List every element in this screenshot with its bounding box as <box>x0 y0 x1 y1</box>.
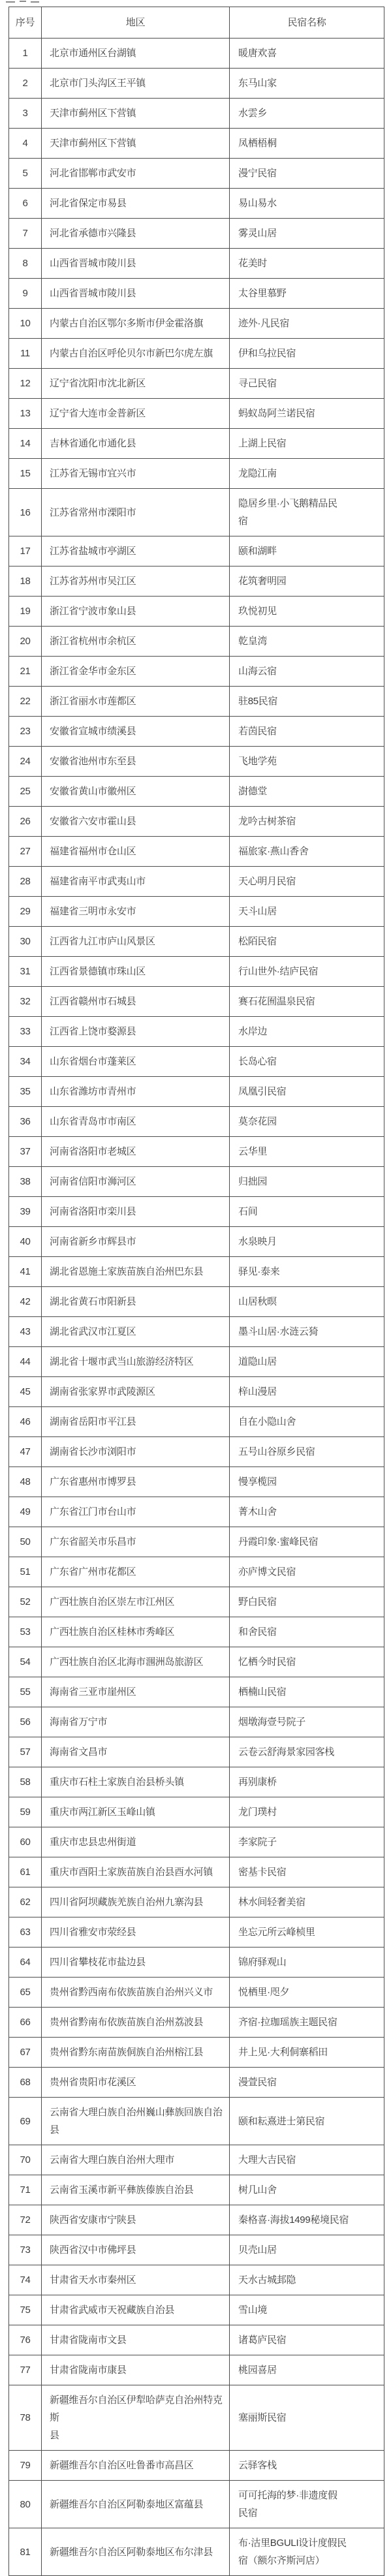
table-row: 34 山东省烟台市蓬莱区 长岛心宿 <box>9 1047 384 1077</box>
cell-homestay-name: 自在小隐山舍 <box>230 1407 384 1437</box>
cell-region: 安徽省六安市霍山县 <box>42 807 230 837</box>
cell-serial-number: 12 <box>9 369 42 399</box>
table-row: 28 福建省南平市武夷山市 天心明月民宿 <box>9 867 384 897</box>
cell-serial-number: 47 <box>9 1437 42 1467</box>
cell-homestay-name: 凤凰引民宿 <box>230 1077 384 1107</box>
cell-homestay-name: 石间 <box>230 1197 384 1227</box>
cell-homestay-name: 蚂蚁岛阿兰诺民宿 <box>230 399 384 429</box>
table-row: 53 广西壮族自治区桂林市秀峰区 和舍民宿 <box>9 1617 384 1647</box>
cell-region: 福建省福州市仓山区 <box>42 837 230 867</box>
cell-serial-number: 55 <box>9 1677 42 1707</box>
table-row: 5 河北省邯郸市武安市 漫宁民宿 <box>9 159 384 189</box>
cell-region: 广东省广州市花都区 <box>42 1557 230 1587</box>
cell-serial-number: 46 <box>9 1407 42 1437</box>
cell-serial-number: 44 <box>9 1347 42 1377</box>
cell-serial-number: 42 <box>9 1287 42 1317</box>
cell-serial-number: 71 <box>9 2175 42 2205</box>
table-row: 33 江西省上饶市婺源县 水岸边 <box>9 1017 384 1047</box>
cell-homestay-name: 烟墩海壹号院子 <box>230 1707 384 1737</box>
cell-serial-number: 48 <box>9 1467 42 1497</box>
cell-region: 湖北省恩施土家族苗族自治州巴东县 <box>42 1257 230 1287</box>
table-row: 71 云南省玉溪市新平彝族傣族自治县 树几山舍 <box>9 2175 384 2205</box>
cell-homestay-name: 道隐山居 <box>230 1347 384 1377</box>
cell-homestay-name: 颐和耘熹进士第民宿 <box>230 2098 384 2145</box>
table-row: 36 山东省青岛市市南区 莫奈花园 <box>9 1107 384 1137</box>
table-row: 57 海南省文昌市 云卷云舒海景家园客栈 <box>9 1737 384 1767</box>
cell-homestay-name: 树几山舍 <box>230 2175 384 2205</box>
cell-serial-number: 1 <box>9 39 42 69</box>
table-row: 32 江西省赣州市石城县 赛石花囿温泉民宿 <box>9 987 384 1017</box>
table-row: 61 重庆市酉阳土家族苗族自治县酉水河镇 密基卡民宿 <box>9 1857 384 1887</box>
cell-homestay-name: 乾皇湾 <box>230 627 384 657</box>
table-row: 54 广西壮族自治区北海市涠洲岛旅游区 忆栖今时民宿 <box>9 1647 384 1677</box>
cell-region: 北京市门头沟区王平镇 <box>42 69 230 99</box>
cell-homestay-name: 和舍民宿 <box>230 1617 384 1647</box>
cell-region: 四川省雅安市荥经县 <box>42 1917 230 1948</box>
cell-region: 江苏省无锡市宜兴市 <box>42 459 230 489</box>
cell-region: 河南省信阳市浉河区 <box>42 1167 230 1197</box>
cell-homestay-name: 太谷里慕野 <box>230 279 384 309</box>
cell-homestay-name: 漫宁民宿 <box>230 159 384 189</box>
cell-serial-number: 63 <box>9 1917 42 1948</box>
cell-homestay-name: 若茵民宿 <box>230 717 384 747</box>
cell-serial-number: 50 <box>9 1527 42 1557</box>
cell-region: 贵州省黔东南苗族侗族自治州榕江县 <box>42 2038 230 2068</box>
table-row: 67 贵州省黔东南苗族侗族自治州榕江县 井上见·大利侗寨稻田 <box>9 2038 384 2068</box>
table-row: 60 重庆市忠县忠州街道 李家院子 <box>9 1827 384 1857</box>
cell-homestay-name: 福旅家·燕山香舍 <box>230 837 384 867</box>
cell-serial-number: 68 <box>9 2068 42 2098</box>
cell-serial-number: 13 <box>9 399 42 429</box>
cell-homestay-name: 李家院子 <box>230 1827 384 1857</box>
cell-homestay-name: 五号山谷原乡民宿 <box>230 1437 384 1467</box>
cell-region: 广东省韶关市乐昌市 <box>42 1527 230 1557</box>
table-row: 49 广东省江门市台山市 菁木山舍 <box>9 1497 384 1527</box>
cell-region: 内蒙古自治区呼伦贝尔市新巴尔虎左旗 <box>42 339 230 369</box>
cell-homestay-name: 玖悦初见 <box>230 597 384 627</box>
cell-homestay-name: 墨斗山居·水涟云猗 <box>230 1317 384 1347</box>
cell-serial-number: 81 <box>9 2528 42 2576</box>
table-row: 73 陕西省汉中市佛坪县 贝壳山居 <box>9 2235 384 2265</box>
cell-serial-number: 70 <box>9 2145 42 2175</box>
cell-homestay-name: 栖楠山民宿 <box>230 1677 384 1707</box>
cell-region: 甘肃省天水市秦州区 <box>42 2265 230 2295</box>
cell-homestay-name: 齐宿·拉珈瑶族主题民宿 <box>230 2008 384 2038</box>
table-row: 10 内蒙古自治区鄂尔多斯市伊金霍洛旗 迹外·凡民宿 <box>9 309 384 339</box>
cell-homestay-name: 长岛心宿 <box>230 1047 384 1077</box>
cell-region: 甘肃省武威市天祝藏族自治县 <box>42 2295 230 2325</box>
cell-homestay-name: 梓山漫居 <box>230 1377 384 1407</box>
cell-region: 河南省洛阳市老城区 <box>42 1137 230 1167</box>
table-row: 11 内蒙古自治区呼伦贝尔市新巴尔虎左旗 伊和乌拉民宿 <box>9 339 384 369</box>
table-row: 17 江苏省盐城市亭湖区 颐和湖畔 <box>9 536 384 566</box>
cell-serial-number: 72 <box>9 2205 42 2235</box>
table-row: 2 北京市门头沟区王平镇 东马山家 <box>9 69 384 99</box>
cell-homestay-name: 龙隐江南 <box>230 459 384 489</box>
cell-serial-number: 78 <box>9 2385 42 2451</box>
cell-region: 重庆市石柱土家族自治县桥头镇 <box>42 1767 230 1797</box>
table-row: 31 江西省景德镇市珠山区 行山世外·结庐民宿 <box>9 957 384 987</box>
cell-homestay-name: 密基卡民宿 <box>230 1857 384 1887</box>
cell-serial-number: 21 <box>9 657 42 687</box>
cell-homestay-name: 莫奈花园 <box>230 1107 384 1137</box>
table-row: 51 广东省广州市花都区 亦庐博文民宿 <box>9 1557 384 1587</box>
cell-homestay-name: 龙门璞村 <box>230 1797 384 1827</box>
cell-region: 安徽省池州市东至县 <box>42 747 230 777</box>
table-row: 64 四川省攀枝花市盐边县 锦府驿观山 <box>9 1948 384 1978</box>
cell-serial-number: 27 <box>9 837 42 867</box>
cell-region: 湖北省十堰市武当山旅游经济特区 <box>42 1347 230 1377</box>
cell-region: 江西省九江市庐山风景区 <box>42 927 230 957</box>
cell-homestay-name: 诸葛庐民宿 <box>230 2325 384 2355</box>
cell-serial-number: 18 <box>9 566 42 597</box>
cell-region: 广东省惠州市博罗县 <box>42 1467 230 1497</box>
cell-region: 湖南省长沙市浏阳市 <box>42 1437 230 1467</box>
cell-homestay-name: 寻己民宿 <box>230 369 384 399</box>
table-row: 20 浙江省杭州市余杭区 乾皇湾 <box>9 627 384 657</box>
cell-serial-number: 40 <box>9 1227 42 1257</box>
cell-region: 浙江省杭州市余杭区 <box>42 627 230 657</box>
table-row: 19 浙江省宁波市象山县 玖悦初见 <box>9 597 384 627</box>
table-row: 16 江苏省常州市溧阳市 隐居乡里·小飞鹅精品民 宿 <box>9 489 384 536</box>
cell-homestay-name: 颐和湖畔 <box>230 536 384 566</box>
cell-serial-number: 6 <box>9 189 42 219</box>
cell-homestay-name: 秦格喜·海拔1499秘境民宿 <box>230 2205 384 2235</box>
cell-region: 新疆维吾尔自治区吐鲁番市高昌区 <box>42 2451 230 2481</box>
cell-serial-number: 19 <box>9 597 42 627</box>
table-row: 77 甘肃省陇南市康县 桃园喜居 <box>9 2355 384 2385</box>
table-row: 59 重庆市两江新区玉峰山镇 龙门璞村 <box>9 1797 384 1827</box>
cell-homestay-name: 行山世外·结庐民宿 <box>230 957 384 987</box>
cell-serial-number: 51 <box>9 1557 42 1587</box>
cell-homestay-name: 再别康桥 <box>230 1767 384 1797</box>
cell-serial-number: 17 <box>9 536 42 566</box>
cell-region: 云南省大理白族自治州大理市 <box>42 2145 230 2175</box>
table-row: 3 天津市蓟州区下营镇 水雲乡 <box>9 99 384 129</box>
cell-serial-number: 36 <box>9 1107 42 1137</box>
cell-serial-number: 24 <box>9 747 42 777</box>
cell-region: 河南省洛阳市栾川县 <box>42 1197 230 1227</box>
cell-serial-number: 3 <box>9 99 42 129</box>
cell-region: 河北省承德市兴隆县 <box>42 219 230 249</box>
cell-homestay-name: 赛石花囿温泉民宿 <box>230 987 384 1017</box>
table-row: 26 安徽省六安市霍山县 龙吟古树茶宿 <box>9 807 384 837</box>
cell-region: 甘肃省陇南市文县 <box>42 2325 230 2355</box>
table-row: 48 广东省惠州市博罗县 慢享榄园 <box>9 1467 384 1497</box>
cell-homestay-name: 菁木山舍 <box>230 1497 384 1527</box>
cell-serial-number: 35 <box>9 1077 42 1107</box>
cell-serial-number: 64 <box>9 1948 42 1978</box>
cell-region: 广西壮族自治区北海市涠洲岛旅游区 <box>42 1647 230 1677</box>
cell-homestay-name: 山居秋暝 <box>230 1287 384 1317</box>
cell-serial-number: 26 <box>9 807 42 837</box>
cell-region: 河南省新乡市辉县市 <box>42 1227 230 1257</box>
table-row: 52 广西壮族自治区崇左市江州区 野白民宿 <box>9 1587 384 1617</box>
cell-serial-number: 61 <box>9 1857 42 1887</box>
table-row: 38 河南省信阳市浉河区 归拙园 <box>9 1167 384 1197</box>
cell-region: 江苏省盐城市亭湖区 <box>42 536 230 566</box>
cell-region: 广西壮族自治区桂林市秀峰区 <box>42 1617 230 1647</box>
cell-homestay-name: 塞丽斯民宿 <box>230 2385 384 2451</box>
cell-region: 重庆市忠县忠州街道 <box>42 1827 230 1857</box>
cell-region: 湖北省武汉市江夏区 <box>42 1317 230 1347</box>
cell-serial-number: 76 <box>9 2325 42 2355</box>
cell-region: 四川省阿坝藏族羌族自治州九寨沟县 <box>42 1887 230 1917</box>
cell-region: 山东省烟台市蓬莱区 <box>42 1047 230 1077</box>
cell-region: 安徽省黄山市徽州区 <box>42 777 230 807</box>
table-row: 62 四川省阿坝藏族羌族自治州九寨沟县 林水间轻奢美宿 <box>9 1887 384 1917</box>
cell-region: 浙江省宁波市象山县 <box>42 597 230 627</box>
table-row: 7 河北省承德市兴隆县 雾灵山居 <box>9 219 384 249</box>
cell-serial-number: 37 <box>9 1137 42 1167</box>
cell-region: 湖南省张家界市武陵源区 <box>42 1377 230 1407</box>
cell-region: 江苏省常州市溧阳市 <box>42 489 230 536</box>
table-row: 44 湖北省十堰市武当山旅游经济特区 道隐山居 <box>9 1347 384 1377</box>
table-row: 12 辽宁省沈阳市沈北新区 寻己民宿 <box>9 369 384 399</box>
header-cell-region: 地区 <box>42 7 230 39</box>
cell-region: 浙江省丽水市莲都区 <box>42 687 230 717</box>
cell-serial-number: 52 <box>9 1587 42 1617</box>
cell-serial-number: 45 <box>9 1377 42 1407</box>
cell-homestay-name: 锦府驿观山 <box>230 1948 384 1978</box>
cell-serial-number: 41 <box>9 1257 42 1287</box>
table-row: 13 辽宁省大连市金普新区 蚂蚁岛阿兰诺民宿 <box>9 399 384 429</box>
cell-homestay-name: 松陌民宿 <box>230 927 384 957</box>
cell-homestay-name: 云驿客栈 <box>230 2451 384 2481</box>
cell-region: 河北省保定市易县 <box>42 189 230 219</box>
table-row: 79 新疆维吾尔自治区吐鲁番市高昌区 云驿客栈 <box>9 2451 384 2481</box>
cell-homestay-name: 暖唐欢喜 <box>230 39 384 69</box>
cell-homestay-name: 归拙园 <box>230 1167 384 1197</box>
cell-homestay-name: 龙吟古树茶宿 <box>230 807 384 837</box>
cell-homestay-name: 花美时 <box>230 249 384 279</box>
cell-region: 浙江省金华市金东区 <box>42 657 230 687</box>
cell-region: 北京市通州区台湖镇 <box>42 39 230 69</box>
cell-homestay-name: 雪山境 <box>230 2295 384 2325</box>
cell-region: 广西壮族自治区崇左市江州区 <box>42 1587 230 1617</box>
table-row: 21 浙江省金华市金东区 山海云宿 <box>9 657 384 687</box>
table-row: 43 湖北省武汉市江夏区 墨斗山居·水涟云猗 <box>9 1317 384 1347</box>
cell-region: 新疆维吾尔自治区阿勒泰地区布尔津县 <box>42 2528 230 2576</box>
cell-region: 内蒙古自治区鄂尔多斯市伊金霍洛旗 <box>42 309 230 339</box>
cell-region: 江苏省苏州市吴江区 <box>42 566 230 597</box>
cell-homestay-name: 驻85民宿 <box>230 687 384 717</box>
cell-region: 吉林省通化市通化县 <box>42 429 230 459</box>
cell-homestay-name: 易山易水 <box>230 189 384 219</box>
cell-region: 江西省上饶市婺源县 <box>42 1017 230 1047</box>
cell-homestay-name: 水雲乡 <box>230 99 384 129</box>
cell-serial-number: 30 <box>9 927 42 957</box>
table-row: 35 山东省潍坊市青州市 凤凰引民宿 <box>9 1077 384 1107</box>
cell-region: 山西省晋城市陵川县 <box>42 249 230 279</box>
table-row: 40 河南省新乡市辉县市 水泉映月 <box>9 1227 384 1257</box>
table-row: 75 甘肃省武威市天祝藏族自治县 雪山境 <box>9 2295 384 2325</box>
cell-homestay-name: 丹霞印象·蜜峰民宿 <box>230 1527 384 1557</box>
cell-region: 海南省万宁市 <box>42 1707 230 1737</box>
cell-region: 海南省三亚市崖州区 <box>42 1677 230 1707</box>
table-row: 24 安徽省池州市东至县 飞地学苑 <box>9 747 384 777</box>
table-row: 74 甘肃省天水市秦州区 天水古城邽隐 <box>9 2265 384 2295</box>
cell-homestay-name: 贝壳山居 <box>230 2235 384 2265</box>
cell-region: 江西省景德镇市珠山区 <box>42 957 230 987</box>
table-row: 23 安徽省宣城市绩溪县 若茵民宿 <box>9 717 384 747</box>
table-row: 15 江苏省无锡市宜兴市 龙隐江南 <box>9 459 384 489</box>
cell-homestay-name: 飞地学苑 <box>230 747 384 777</box>
cell-serial-number: 22 <box>9 687 42 717</box>
cell-homestay-name: 布·沽里BGULI设计度假民 宿（额尔齐斯河店） <box>230 2528 384 2576</box>
cell-serial-number: 74 <box>9 2265 42 2295</box>
table-row: 22 浙江省丽水市莲都区 驻85民宿 <box>9 687 384 717</box>
cell-serial-number: 59 <box>9 1797 42 1827</box>
cell-serial-number: 79 <box>9 2451 42 2481</box>
cell-region: 广东省江门市台山市 <box>42 1497 230 1527</box>
cell-homestay-name: 山海云宿 <box>230 657 384 687</box>
cell-region: 陕西省安康市宁陕县 <box>42 2205 230 2235</box>
cell-region: 重庆市酉阳土家族苗族自治县酉水河镇 <box>42 1857 230 1887</box>
cell-region: 江西省赣州市石城县 <box>42 987 230 1017</box>
table-row: 66 贵州省黔南布依族苗族自治州荔波县 齐宿·拉珈瑶族主题民宿 <box>9 2008 384 2038</box>
cell-homestay-name: 天心明月民宿 <box>230 867 384 897</box>
cell-homestay-name: 雾灵山居 <box>230 219 384 249</box>
cell-serial-number: 10 <box>9 309 42 339</box>
cell-homestay-name: 慢享榄园 <box>230 1467 384 1497</box>
table-row: 41 湖北省恩施土家族苗族自治州巴东县 驿见·泰来 <box>9 1257 384 1287</box>
cell-serial-number: 7 <box>9 219 42 249</box>
table-row: 18 江苏省苏州市吴江区 花筑奢明园 <box>9 566 384 597</box>
cell-region: 海南省文昌市 <box>42 1737 230 1767</box>
cell-homestay-name: 亦庐博文民宿 <box>230 1557 384 1587</box>
table-row: 68 贵州省贵阳市花溪区 漫萱民宿 <box>9 2068 384 2098</box>
cell-homestay-name: 天水古城邽隐 <box>230 2265 384 2295</box>
cell-serial-number: 4 <box>9 129 42 159</box>
cell-serial-number: 73 <box>9 2235 42 2265</box>
table-row: 45 湖南省张家界市武陵源区 梓山漫居 <box>9 1377 384 1407</box>
header-cell-no: 序号 <box>9 7 42 39</box>
cell-region: 辽宁省沈阳市沈北新区 <box>42 369 230 399</box>
cell-region: 福建省三明市永安市 <box>42 897 230 927</box>
table-row: 25 安徽省黄山市徽州区 澍德堂 <box>9 777 384 807</box>
cell-region: 云南省大理白族自治州巍山彝族回族自治县 <box>42 2098 230 2145</box>
cell-homestay-name: 伊和乌拉民宿 <box>230 339 384 369</box>
cell-homestay-name: 桃园喜居 <box>230 2355 384 2385</box>
cell-region: 辽宁省大连市金普新区 <box>42 399 230 429</box>
cell-region: 贵州省贵阳市花溪区 <box>42 2068 230 2098</box>
cell-serial-number: 20 <box>9 627 42 657</box>
cell-serial-number: 5 <box>9 159 42 189</box>
cell-serial-number: 39 <box>9 1197 42 1227</box>
cell-serial-number: 49 <box>9 1497 42 1527</box>
cell-region: 云南省玉溪市新平彝族傣族自治县 <box>42 2175 230 2205</box>
table-row: 63 四川省雅安市荥经县 坐忘元所云峰桢里 <box>9 1917 384 1948</box>
cell-homestay-name: 漫萱民宿 <box>230 2068 384 2098</box>
cell-homestay-name: 坐忘元所云峰桢里 <box>230 1917 384 1948</box>
table-row: 14 吉林省通化市通化县 上湖上民宿 <box>9 429 384 459</box>
cell-region: 新疆维吾尔自治区伊犁哈萨克自治州特克斯 县 <box>42 2385 230 2451</box>
cell-serial-number: 60 <box>9 1827 42 1857</box>
table-row: 8 山西省晋城市陵川县 花美时 <box>9 249 384 279</box>
cell-region: 河北省邯郸市武安市 <box>42 159 230 189</box>
cell-serial-number: 15 <box>9 459 42 489</box>
table-row: 80 新疆维吾尔自治区阿勒泰地区富蕴县 可可托海的梦·非遗度假 民宿 <box>9 2481 384 2528</box>
cell-region: 湖北省黄石市阳新县 <box>42 1287 230 1317</box>
cell-serial-number: 8 <box>9 249 42 279</box>
cell-serial-number: 56 <box>9 1707 42 1737</box>
cell-serial-number: 80 <box>9 2481 42 2528</box>
cell-serial-number: 57 <box>9 1737 42 1767</box>
table-row: 46 湖南省岳阳市平江县 自在小隐山舍 <box>9 1407 384 1437</box>
cell-homestay-name: 上湖上民宿 <box>230 429 384 459</box>
cell-serial-number: 75 <box>9 2295 42 2325</box>
cell-homestay-name: 水岸边 <box>230 1017 384 1047</box>
cell-region: 贵州省黔西南布依族苗族自治州兴义市 <box>42 1978 230 2008</box>
cell-region: 贵州省黔南布依族苗族自治州荔波县 <box>42 2008 230 2038</box>
cell-serial-number: 66 <box>9 2008 42 2038</box>
cell-region: 湖南省岳阳市平江县 <box>42 1407 230 1437</box>
table-row: 56 海南省万宁市 烟墩海壹号院子 <box>9 1707 384 1737</box>
table-row: 76 甘肃省陇南市文县 诸葛庐民宿 <box>9 2325 384 2355</box>
cell-homestay-name: 悦栖里·咫夕 <box>230 1978 384 2008</box>
cell-serial-number: 31 <box>9 957 42 987</box>
cell-serial-number: 29 <box>9 897 42 927</box>
header-row: 序号 地区 民宿名称 <box>9 7 384 39</box>
cell-serial-number: 34 <box>9 1047 42 1077</box>
cell-serial-number: 28 <box>9 867 42 897</box>
homestay-table: 序号 地区 民宿名称 1 北京市通州区台湖镇 暖唐欢喜 2 北京市门头沟区王平镇… <box>8 7 384 2576</box>
cell-homestay-name: 云华里 <box>230 1137 384 1167</box>
table-row: 39 河南省洛阳市栾川县 石间 <box>9 1197 384 1227</box>
table-row: 30 江西省九江市庐山风景区 松陌民宿 <box>9 927 384 957</box>
cell-serial-number: 33 <box>9 1017 42 1047</box>
page: { "table": { "headers": ["序号", "地区", "民宿… <box>0 0 391 2506</box>
table-row: 58 重庆市石柱土家族自治县桥头镇 再别康桥 <box>9 1767 384 1797</box>
table-row: 37 河南省洛阳市老城区 云华里 <box>9 1137 384 1167</box>
cell-homestay-name: 林水间轻奢美宿 <box>230 1887 384 1917</box>
cell-homestay-name: 驿见·泰来 <box>230 1257 384 1287</box>
cell-region: 新疆维吾尔自治区阿勒泰地区富蕴县 <box>42 2481 230 2528</box>
cell-region: 四川省攀枝花市盐边县 <box>42 1948 230 1978</box>
cell-serial-number: 23 <box>9 717 42 747</box>
table-row: 69 云南省大理白族自治州巍山彝族回族自治县 颐和耘熹进士第民宿 <box>9 2098 384 2145</box>
table-row: 27 福建省福州市仓山区 福旅家·燕山香舍 <box>9 837 384 867</box>
cell-region: 陕西省汉中市佛坪县 <box>42 2235 230 2265</box>
cell-homestay-name: 迹外·凡民宿 <box>230 309 384 339</box>
cell-region: 安徽省宣城市绩溪县 <box>42 717 230 747</box>
table-row: 70 云南省大理白族自治州大理市 大理大吉民宿 <box>9 2145 384 2175</box>
table-row: 4 天津市蓟州区下营镇 凤栖梧桐 <box>9 129 384 159</box>
cell-homestay-name: 忆栖今时民宿 <box>230 1647 384 1677</box>
cell-serial-number: 9 <box>9 279 42 309</box>
cell-region: 山东省青岛市市南区 <box>42 1107 230 1137</box>
table-row: 29 福建省三明市永安市 天斗山居 <box>9 897 384 927</box>
cell-region: 山西省晋城市陵川县 <box>42 279 230 309</box>
header-cell-name: 民宿名称 <box>230 7 384 39</box>
cell-homestay-name: 井上见·大利侗寨稻田 <box>230 2038 384 2068</box>
cell-region: 福建省南平市武夷山市 <box>42 867 230 897</box>
table-row: 50 广东省韶关市乐昌市 丹霞印象·蜜峰民宿 <box>9 1527 384 1557</box>
table-row: 78 新疆维吾尔自治区伊犁哈萨克自治州特克斯 县 塞丽斯民宿 <box>9 2385 384 2451</box>
table-row: 55 海南省三亚市崖州区 栖楠山民宿 <box>9 1677 384 1707</box>
cell-serial-number: 54 <box>9 1647 42 1677</box>
cell-homestay-name: 大理大吉民宿 <box>230 2145 384 2175</box>
cell-serial-number: 25 <box>9 777 42 807</box>
cell-region: 天津市蓟州区下营镇 <box>42 99 230 129</box>
cell-serial-number: 58 <box>9 1767 42 1797</box>
cell-serial-number: 69 <box>9 2098 42 2145</box>
cell-homestay-name: 可可托海的梦·非遗度假 民宿 <box>230 2481 384 2528</box>
cell-homestay-name: 凤栖梧桐 <box>230 129 384 159</box>
cell-homestay-name: 云卷云舒海景家园客栈 <box>230 1737 384 1767</box>
cell-serial-number: 38 <box>9 1167 42 1197</box>
